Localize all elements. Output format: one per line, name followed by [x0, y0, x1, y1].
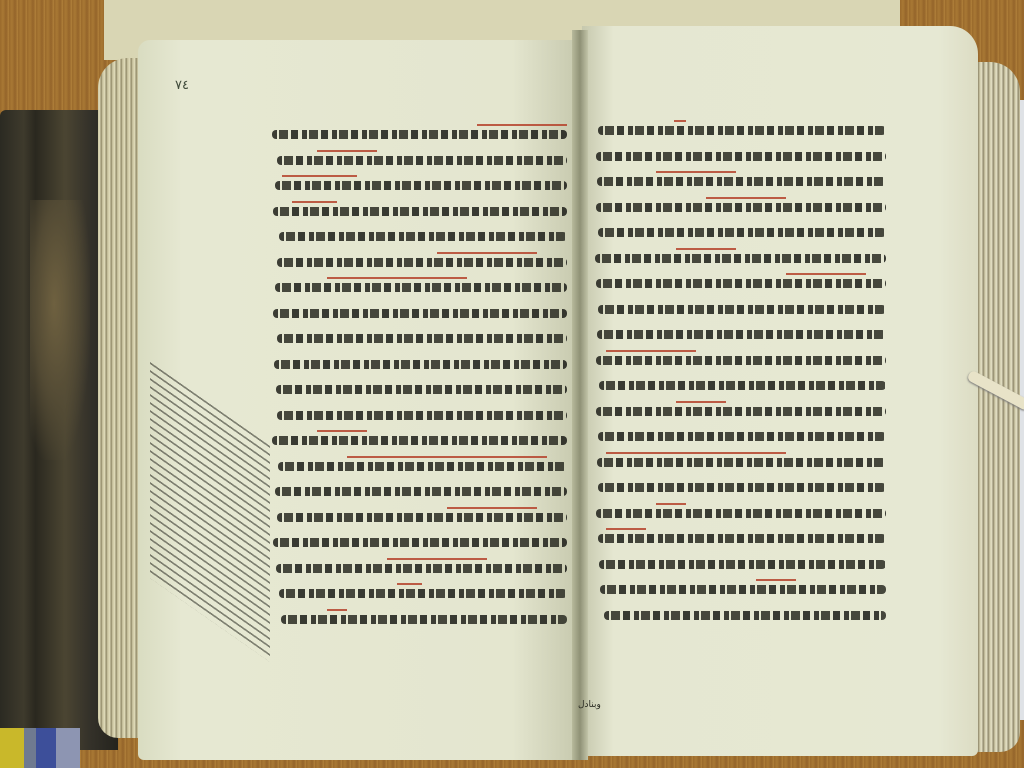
text-line — [262, 352, 567, 378]
script-stroke — [277, 513, 567, 522]
rubric-overline — [706, 197, 786, 199]
script-stroke — [600, 585, 886, 594]
text-line — [596, 475, 886, 501]
script-stroke — [273, 538, 567, 547]
script-stroke — [275, 487, 567, 496]
text-line — [262, 250, 567, 276]
rubric-overline — [397, 583, 422, 585]
rubric-overline — [606, 528, 646, 530]
script-stroke — [598, 305, 886, 314]
catchword: وبنادل — [578, 700, 601, 710]
text-line — [596, 297, 886, 323]
script-stroke — [596, 152, 886, 161]
text-line — [262, 505, 567, 531]
text-line — [262, 122, 567, 148]
left-text-block — [262, 122, 567, 632]
script-stroke — [274, 360, 567, 369]
rubric-overline — [282, 175, 357, 177]
script-stroke — [598, 126, 886, 135]
text-line — [596, 322, 886, 348]
script-stroke — [277, 156, 567, 165]
script-stroke — [272, 436, 567, 445]
text-line — [262, 581, 567, 607]
rubric-overline — [786, 273, 866, 275]
script-stroke — [596, 509, 886, 518]
rubric-overline — [676, 248, 736, 250]
rubric-overline — [606, 350, 696, 352]
rubric-overline — [292, 201, 337, 203]
gutter — [572, 30, 588, 760]
text-line — [596, 577, 886, 603]
script-stroke — [598, 228, 886, 237]
text-line — [596, 195, 886, 221]
folio-number: ٧٤ — [175, 78, 189, 93]
rubric-overline — [347, 456, 547, 458]
text-line — [596, 220, 886, 246]
text-line — [596, 271, 886, 297]
cover-wear — [30, 200, 90, 460]
script-stroke — [604, 611, 886, 620]
text-line — [596, 118, 886, 144]
rubric-overline — [656, 171, 736, 173]
script-stroke — [596, 407, 886, 416]
text-line — [262, 556, 567, 582]
script-stroke — [599, 560, 886, 569]
script-stroke — [275, 181, 567, 190]
rubric-overline — [387, 558, 487, 560]
rubric-overline — [674, 120, 686, 122]
text-line — [596, 552, 886, 578]
text-line — [262, 607, 567, 633]
rubric-overline — [656, 503, 686, 505]
script-stroke — [276, 564, 567, 573]
text-line — [596, 246, 886, 272]
text-line — [262, 199, 567, 225]
script-stroke — [276, 385, 567, 394]
script-stroke — [599, 381, 886, 390]
script-stroke — [597, 330, 886, 339]
script-stroke — [598, 534, 886, 543]
script-stroke — [281, 615, 567, 624]
script-stroke — [277, 258, 567, 267]
text-line — [262, 224, 567, 250]
script-stroke — [277, 334, 567, 343]
rubric-overline — [676, 401, 726, 403]
text-line — [262, 275, 567, 301]
script-stroke — [597, 458, 886, 467]
rubric-overline — [606, 452, 786, 454]
rubric-overline — [327, 609, 347, 611]
rubric-overline — [756, 579, 796, 581]
right-text-block — [596, 118, 886, 628]
stacked-books — [0, 728, 80, 768]
text-line — [596, 144, 886, 170]
script-stroke — [597, 177, 886, 186]
script-stroke — [273, 207, 567, 216]
script-stroke — [277, 411, 567, 420]
text-line — [262, 454, 567, 480]
text-line — [262, 326, 567, 352]
script-stroke — [275, 283, 567, 292]
text-line — [262, 148, 567, 174]
text-line — [596, 450, 886, 476]
text-line — [596, 501, 886, 527]
text-line — [262, 377, 567, 403]
script-stroke — [596, 203, 886, 212]
text-line — [262, 479, 567, 505]
script-stroke — [279, 232, 567, 241]
rubric-overline — [447, 507, 537, 509]
rubric-overline — [477, 124, 567, 126]
text-line — [262, 530, 567, 556]
text-line — [596, 603, 886, 629]
text-line — [596, 424, 886, 450]
text-line — [596, 373, 886, 399]
text-line — [262, 403, 567, 429]
script-stroke — [595, 254, 886, 263]
script-stroke — [596, 356, 886, 365]
text-line — [596, 526, 886, 552]
script-stroke — [598, 483, 886, 492]
script-stroke — [596, 279, 886, 288]
script-stroke — [273, 309, 567, 318]
rubric-overline — [317, 150, 377, 152]
script-stroke — [272, 130, 567, 139]
text-line — [596, 348, 886, 374]
rubric-overline — [327, 277, 467, 279]
text-line — [596, 399, 886, 425]
rubric-overline — [317, 430, 367, 432]
text-line — [596, 169, 886, 195]
rubric-overline — [437, 252, 537, 254]
script-stroke — [278, 462, 567, 471]
text-line — [262, 301, 567, 327]
script-stroke — [279, 589, 567, 598]
text-line — [262, 428, 567, 454]
text-line — [262, 173, 567, 199]
script-stroke — [598, 432, 886, 441]
